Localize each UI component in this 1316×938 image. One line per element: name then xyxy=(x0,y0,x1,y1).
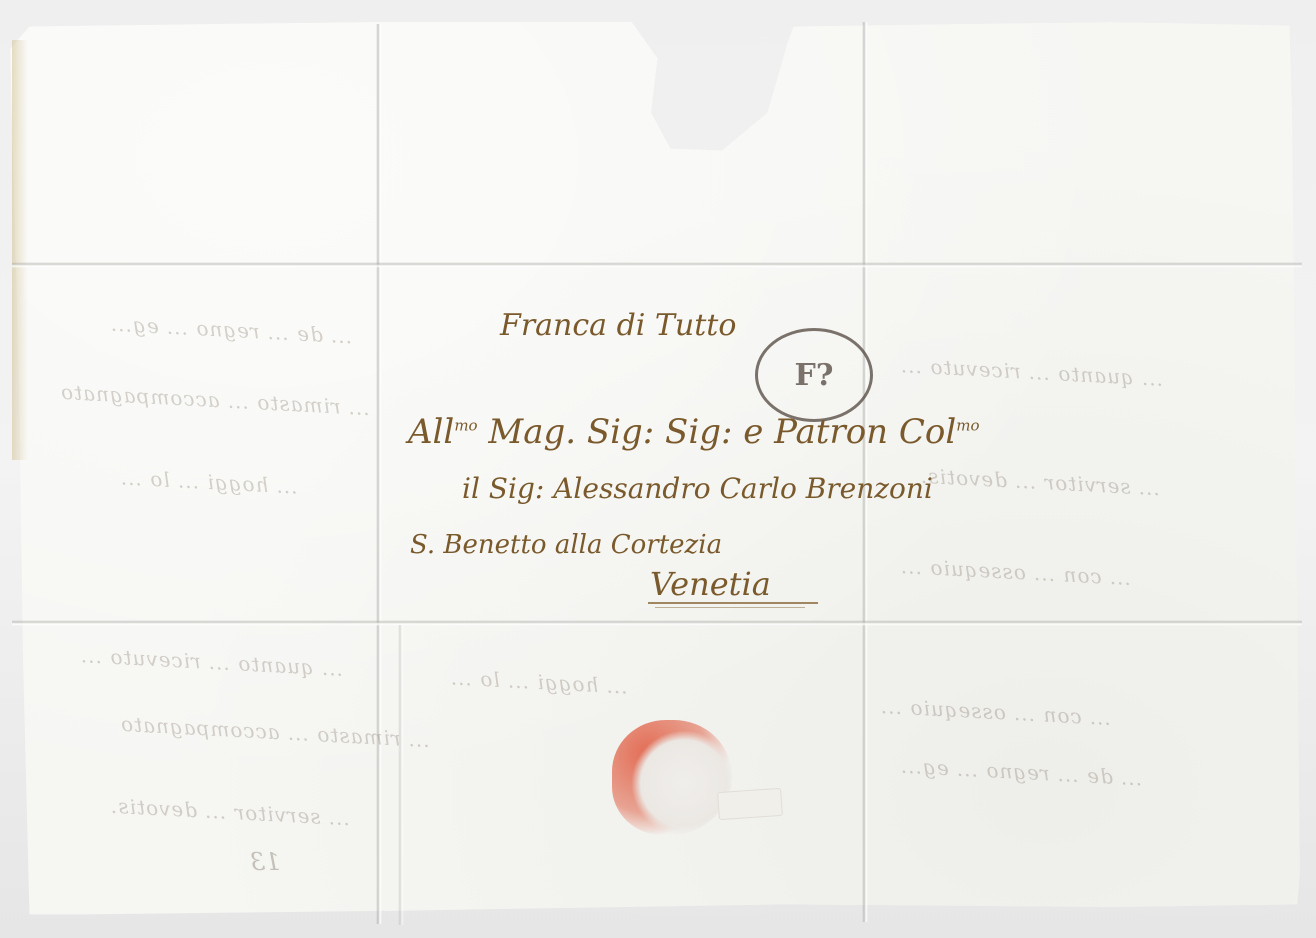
city-underline-2 xyxy=(655,607,805,608)
honorific-sup: mo xyxy=(454,417,477,435)
address-city: Venetia xyxy=(650,565,771,603)
edge-stain xyxy=(12,40,28,460)
postmark-text: F? xyxy=(795,358,834,393)
address-line-3: S. Benetto alla Cortezia xyxy=(410,530,722,560)
franking-note: Franca di Tutto xyxy=(500,308,736,343)
address-line-2: il Sig: Alessandro Carlo Brenzoni xyxy=(462,472,933,505)
honorific-rest: Mag. xyxy=(488,412,576,452)
honorific: All xyxy=(408,412,454,452)
postmark-oval: F? xyxy=(755,328,873,422)
city-underline xyxy=(648,602,818,604)
seal-paper-tab xyxy=(717,788,783,820)
folio-number: 13 xyxy=(250,848,281,876)
honorific-rest-sup: mo xyxy=(956,417,979,435)
address-line-1: Allmo Mag. Sig: Sig: e Patron Colmo xyxy=(408,412,980,452)
honorific-rest-2: Sig: Sig: e Patron Col xyxy=(587,412,956,452)
